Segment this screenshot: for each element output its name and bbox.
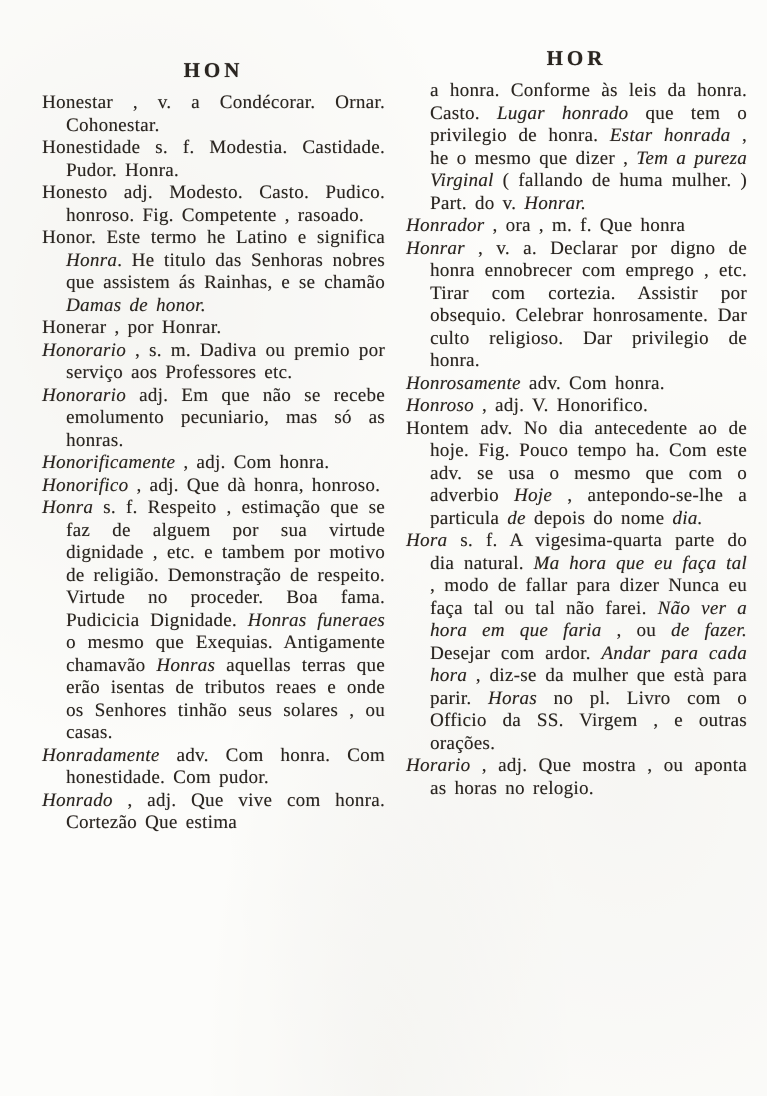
dictionary-entry: Honrosamente adv. Com honra. xyxy=(406,373,747,396)
entry-text: Hoje xyxy=(514,485,552,506)
entry-text: de fazer. xyxy=(671,620,747,641)
entry-text: , ou xyxy=(602,620,672,641)
entry-text: dia. xyxy=(672,508,702,529)
dictionary-entry: Horario , adj. Que mostra , ou aponta as… xyxy=(406,755,747,800)
entry-text: Honras funeraes xyxy=(248,610,385,631)
dictionary-entry: Honorario adj. Em que não se recebe emol… xyxy=(42,385,385,453)
dictionary-entry: Honrar , v. a. Declarar por digno de hon… xyxy=(406,238,747,373)
headword: Honorificamente xyxy=(42,452,175,473)
dictionary-entry: Honra s. f. Respeito , estimação que se … xyxy=(42,497,385,745)
right-column: HOR a honra. Conforme às leis da honra. … xyxy=(406,46,747,800)
dictionary-entry: Honesto adj. Modesto. Casto. Pudico. hon… xyxy=(42,182,385,227)
entry-text: , adj. V. Honorifico. xyxy=(474,395,648,416)
left-column: HON Honestar , v. a Condécorar. Ornar. C… xyxy=(42,58,385,835)
headword: Honorario xyxy=(42,385,126,406)
dictionary-entry: Hontem adv. No dia antecedente ao de hoj… xyxy=(406,418,747,531)
headword: Honra xyxy=(42,497,93,518)
entry-text: Honra xyxy=(66,250,117,271)
dictionary-entry: a honra. Conforme às leis da honra. Cast… xyxy=(406,80,747,215)
entry-text: Lugar honrado xyxy=(497,103,629,124)
scanned-dictionary-page: { "document_type": "scanned dictionary p… xyxy=(0,0,767,1096)
left-column-header: HON xyxy=(42,58,385,83)
dictionary-entry: Honor. Este termo he Latino e significa … xyxy=(42,227,385,317)
headword: Honrosamente xyxy=(406,373,521,394)
entry-text: adv. Com honra. xyxy=(521,373,665,394)
entry-text: , ora , m. f. Que honra xyxy=(484,215,685,236)
entry-text: , v. a. Declarar por digno de honra enno… xyxy=(430,238,747,372)
entry-text: Desejar com ardor. xyxy=(430,643,601,664)
entry-text: , adj. Que dà honra, honroso. xyxy=(128,475,380,496)
entry-text: , adj. Com honra. xyxy=(175,452,329,473)
entry-text: Estar honrada xyxy=(610,125,731,146)
dictionary-entry: Honestidade s. f. Modestia. Castidade. P… xyxy=(42,137,385,182)
dictionary-page: HON Honestar , v. a Condécorar. Ornar. C… xyxy=(0,0,767,1096)
dictionary-entry: Hora s. f. A vigesima-quarta parte do di… xyxy=(406,530,747,755)
left-column-entries: Honestar , v. a Condécorar. Ornar. Cohon… xyxy=(42,92,385,835)
entry-text: Honestidade s. f. Modestia. Castidade. P… xyxy=(42,137,385,181)
headword: Honrado xyxy=(42,790,113,811)
entry-text: Honestar , v. a Condécorar. Ornar. Cohon… xyxy=(42,92,385,136)
right-column-header: HOR xyxy=(406,46,747,71)
entry-text: Horas xyxy=(488,688,537,709)
headword: Honorario xyxy=(42,340,126,361)
dictionary-entry: Honorario , s. m. Dadiva ou premio por s… xyxy=(42,340,385,385)
headword: Hora xyxy=(406,530,447,551)
dictionary-entry: Honrado , adj. Que vive com honra. Corte… xyxy=(42,790,385,835)
entry-text: , adj. Que mostra , ou aponta as horas n… xyxy=(430,755,747,799)
headword: Honroso xyxy=(406,395,474,416)
dictionary-entry: Honroso , adj. V. Honorifico. xyxy=(406,395,747,418)
entry-text: depois do nome xyxy=(526,508,673,529)
entry-text: Damas de honor. xyxy=(66,295,206,316)
entry-text: Honor. Este termo he Latino e significa xyxy=(42,227,385,248)
entry-text: Honesto adj. Modesto. Casto. Pudico. hon… xyxy=(42,182,385,226)
right-column-entries: a honra. Conforme às leis da honra. Cast… xyxy=(406,80,747,800)
headword: Horario xyxy=(406,755,470,776)
entry-text: Honrar. xyxy=(524,193,586,214)
entry-text: Ma hora que eu faça tal xyxy=(534,553,747,574)
entry-text: Honerar , por Honrar. xyxy=(42,317,221,338)
entry-text: , adj. Que vive com honra. Cortezão Que … xyxy=(66,790,385,834)
dictionary-entry: Honradamente adv. Com honra. Com honesti… xyxy=(42,745,385,790)
entry-text: de xyxy=(507,508,526,529)
entry-text: Honras xyxy=(156,655,215,676)
headword: Honrador xyxy=(406,215,484,236)
headword: Honorifico xyxy=(42,475,128,496)
headword: Honrar xyxy=(406,238,465,259)
dictionary-entry: Honrador , ora , m. f. Que honra xyxy=(406,215,747,238)
dictionary-entry: Honestar , v. a Condécorar. Ornar. Cohon… xyxy=(42,92,385,137)
headword: Honradamente xyxy=(42,745,160,766)
dictionary-entry: Honorificamente , adj. Com honra. xyxy=(42,452,385,475)
dictionary-entry: Honerar , por Honrar. xyxy=(42,317,385,340)
dictionary-entry: Honorifico , adj. Que dà honra, honroso. xyxy=(42,475,385,498)
